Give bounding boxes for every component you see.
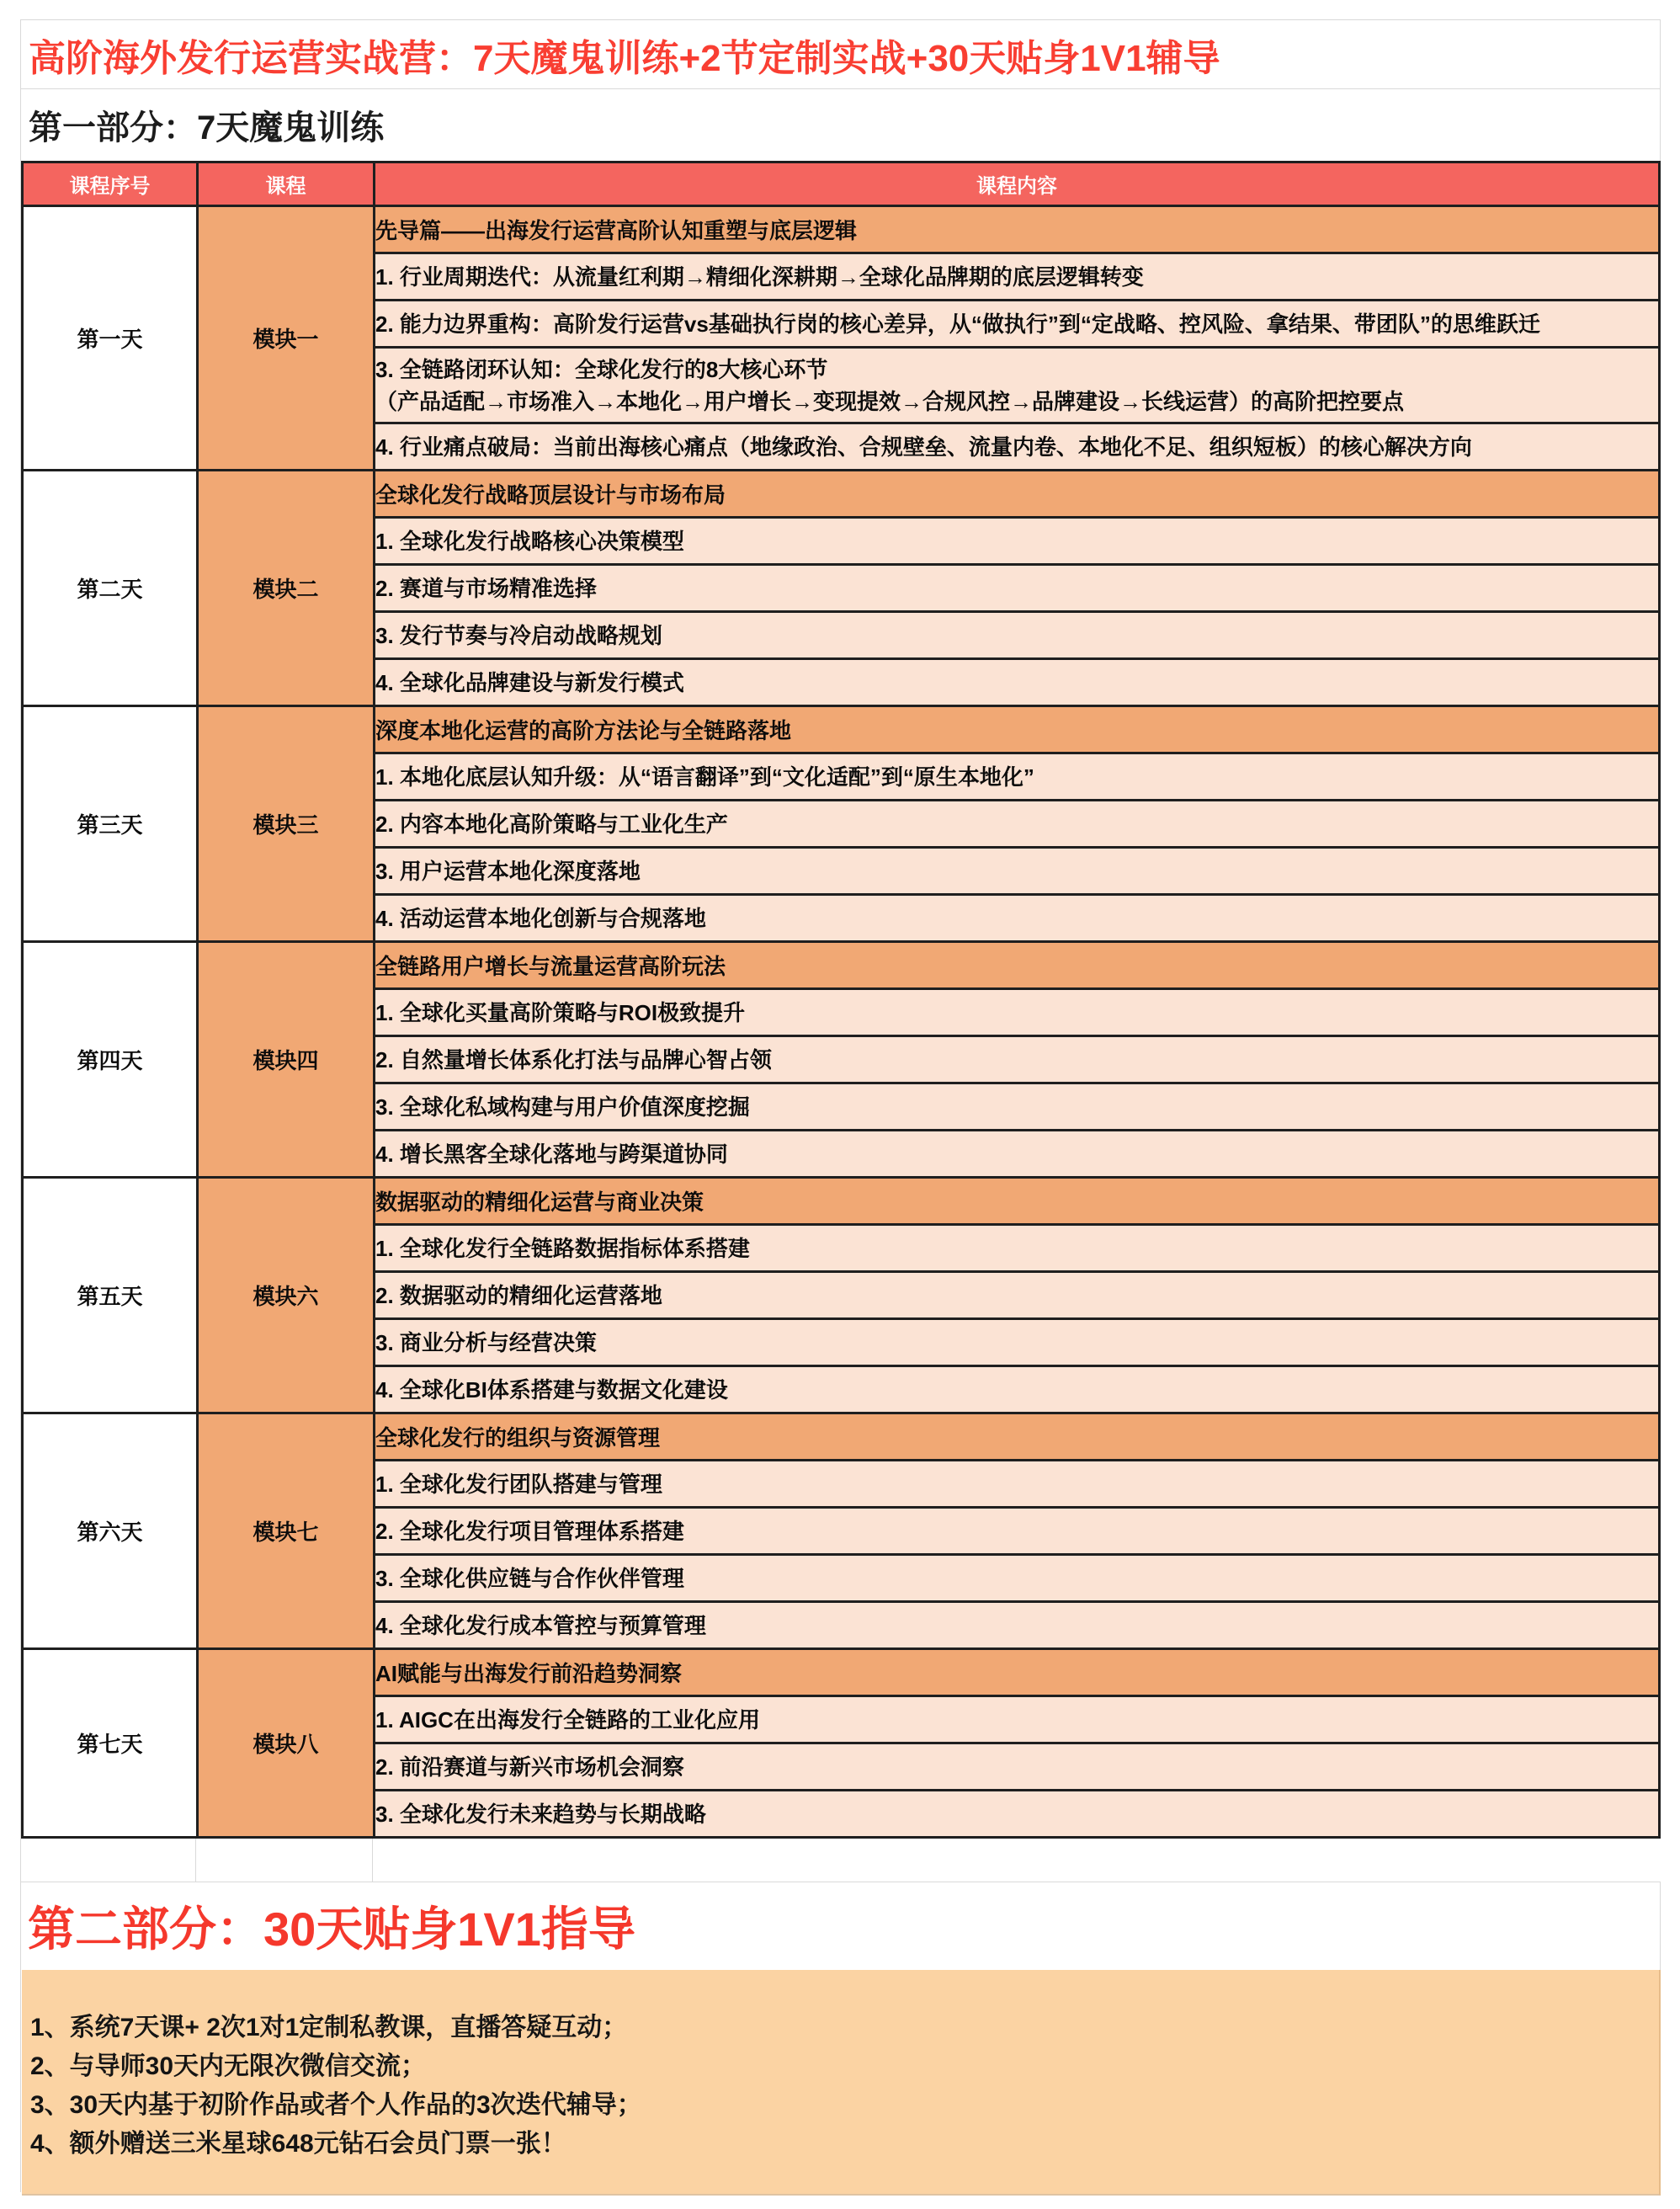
table-row: 第六天 模块七 全球化发行的组织与资源管理 [23, 1413, 1660, 1461]
module-cell: 模块八 [198, 1649, 375, 1838]
part2-benefits-box: 1、系统7天课+ 2次1对1定制私教课，直播答疑互动； 2、与导师30天内无限次… [22, 1970, 1661, 2196]
day-cell: 第三天 [23, 706, 198, 942]
item-cell: 3. 用户运营本地化深度落地 [375, 848, 1660, 895]
table-row: 第七天 模块八 AI赋能与出海发行前沿趋势洞察 [23, 1649, 1660, 1696]
item-cell: 3. 全球化供应链与合作伙伴管理 [375, 1555, 1660, 1602]
module-cell: 模块三 [198, 706, 375, 942]
item-cell: 1. 全球化买量高阶策略与ROI极致提升 [375, 989, 1660, 1036]
part2-item: 4、额外赠送三米星球648元钻石会员门票一张！ [30, 2125, 1642, 2164]
module-cell: 模块六 [198, 1178, 375, 1413]
topic-cell: 先导篇——出海发行运营高阶认知重塑与底层逻辑 [375, 206, 1660, 253]
item-cell: 4. 全球化BI体系搭建与数据文化建设 [375, 1366, 1660, 1413]
item-cell: 2. 数据驱动的精细化运营落地 [375, 1272, 1660, 1319]
part2-heading: 第二部分：30天贴身1V1指导 [21, 1882, 1660, 1970]
day-cell: 第七天 [23, 1649, 198, 1838]
item-cell: 3. 全球化私域构建与用户价值深度挖掘 [375, 1083, 1660, 1131]
table-row: 第一天 模块一 先导篇——出海发行运营高阶认知重塑与底层逻辑 [23, 206, 1660, 253]
item-cell: 1. 全球化发行战略核心决策模型 [375, 518, 1660, 565]
item-cell: 4. 增长黑客全球化落地与跨渠道协同 [375, 1131, 1660, 1178]
column-header-course-content: 课程内容 [375, 162, 1660, 206]
item-cell: 2. 赛道与市场精准选择 [375, 565, 1660, 612]
topic-cell: 全球化发行的组织与资源管理 [375, 1413, 1660, 1461]
item-cell: 4. 全球化发行成本管控与预算管理 [375, 1602, 1660, 1649]
day-cell: 第五天 [23, 1178, 198, 1413]
column-header-course: 课程 [198, 162, 375, 206]
topic-cell: 数据驱动的精细化运营与商业决策 [375, 1178, 1660, 1225]
topic-cell: 全链路用户增长与流量运营高阶玩法 [375, 942, 1660, 989]
item-cell: 2. 全球化发行项目管理体系搭建 [375, 1508, 1660, 1555]
module-cell: 模块一 [198, 206, 375, 471]
empty-spreadsheet-row [21, 1839, 1661, 1882]
item-cell: 4. 全球化品牌建设与新发行模式 [375, 659, 1660, 706]
module-cell: 模块二 [198, 471, 375, 706]
item-cell: 4. 活动运营本地化创新与合规落地 [375, 895, 1660, 942]
table-row: 第二天 模块二 全球化发行战略顶层设计与市场布局 [23, 471, 1660, 518]
topic-cell: AI赋能与出海发行前沿趋势洞察 [375, 1649, 1660, 1696]
item-cell: 3. 全球化发行未来趋势与长期战略 [375, 1791, 1660, 1838]
day-cell: 第二天 [23, 471, 198, 706]
day-cell: 第四天 [23, 942, 198, 1178]
item-cell: 1. 本地化底层认知升级：从“语言翻译”到“文化适配”到“原生本地化” [375, 753, 1660, 801]
part2-item: 2、与导师30天内无限次微信交流； [30, 2047, 1642, 2086]
item-cell: 3. 发行节奏与冷启动战略规划 [375, 612, 1660, 659]
part2-item: 3、30天内基于初阶作品或者个人作品的3次迭代辅导； [30, 2086, 1642, 2125]
empty-cell [196, 1839, 373, 1882]
item-cell: 2. 自然量增长体系化打法与品牌心智占领 [375, 1036, 1660, 1083]
item-cell: 2. 能力边界重构：高阶发行运营vs基础执行岗的核心差异，从“做执行”到“定战略… [375, 301, 1660, 348]
table-header-row: 课程序号 课程 课程内容 [23, 162, 1660, 206]
module-cell: 模块四 [198, 942, 375, 1178]
empty-cell [21, 1839, 196, 1882]
part1-heading: 第一部分：7天魔鬼训练 [21, 89, 1660, 161]
module-cell: 模块七 [198, 1413, 375, 1649]
item-cell: 3. 商业分析与经营决策 [375, 1319, 1660, 1366]
table-row: 第四天 模块四 全链路用户增长与流量运营高阶玩法 [23, 942, 1660, 989]
topic-cell: 深度本地化运营的高阶方法论与全链路落地 [375, 706, 1660, 753]
item-cell: 1. 行业周期迭代：从流量红利期→精细化深耕期→全球化品牌期的底层逻辑转变 [375, 253, 1660, 301]
item-cell: 4. 行业痛点破局：当前出海核心痛点（地缘政治、合规壁垒、流量内卷、本地化不足、… [375, 423, 1660, 471]
part2-item: 1、系统7天课+ 2次1对1定制私教课，直播答疑互动； [30, 2009, 1642, 2047]
empty-cell [373, 1839, 1661, 1882]
curriculum-table: 课程序号 课程 课程内容 第一天 模块一 先导篇——出海发行运营高阶认知重塑与底… [21, 161, 1661, 1839]
table-row: 第五天 模块六 数据驱动的精细化运营与商业决策 [23, 1178, 1660, 1225]
item-cell: 3. 全链路闭环认知：全球化发行的8大核心环节 （产品适配→市场准入→本地化→用… [375, 348, 1660, 423]
topic-cell: 全球化发行战略顶层设计与市场布局 [375, 471, 1660, 518]
spreadsheet-area: 高阶海外发行运营实战营：7天魔鬼训练+2节定制实战+30天贴身1V1辅导 第一部… [20, 19, 1661, 2192]
day-cell: 第六天 [23, 1413, 198, 1649]
item-cell: 1. 全球化发行团队搭建与管理 [375, 1461, 1660, 1508]
page: { "title": "高阶海外发行运营实战营：7天魔鬼训练+2节定制实战+30… [0, 0, 1680, 2209]
item-cell: 2. 前沿赛道与新兴市场机会洞察 [375, 1743, 1660, 1791]
item-cell: 1. 全球化发行全链路数据指标体系搭建 [375, 1225, 1660, 1272]
day-cell: 第一天 [23, 206, 198, 471]
item-cell: 1. AIGC在出海发行全链路的工业化应用 [375, 1696, 1660, 1743]
item-cell: 2. 内容本地化高阶策略与工业化生产 [375, 801, 1660, 848]
column-header-day-number: 课程序号 [23, 162, 198, 206]
table-row: 第三天 模块三 深度本地化运营的高阶方法论与全链路落地 [23, 706, 1660, 753]
main-title: 高阶海外发行运营实战营：7天魔鬼训练+2节定制实战+30天贴身1V1辅导 [21, 20, 1660, 89]
